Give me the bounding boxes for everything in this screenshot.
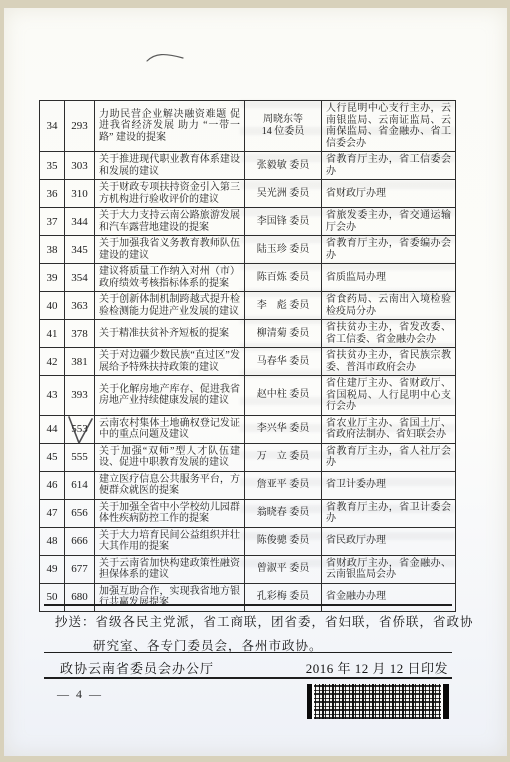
handling-unit: 省金融办办理: [322, 583, 456, 611]
case-number-text: 666: [71, 535, 88, 547]
case-title: 关于创新体制机制跨越式提升检验检测能力促进产业发展的建议: [95, 292, 245, 320]
proposer: 李兴华 委员: [245, 415, 322, 443]
proposer: 孔彩梅 委员: [245, 583, 322, 611]
case-title: 关于云南省加快构建政策性融资担保体系的建议: [95, 555, 245, 583]
case-number-text: 378: [71, 328, 88, 340]
case-number: 345: [65, 236, 95, 264]
page-number: — 4 —: [57, 687, 103, 702]
handling-unit: 省教育厅主办，省工信委会办: [322, 152, 456, 180]
case-title: 关于加强“双师”型人才队伍建设、促进中职教育发展的建议: [95, 443, 245, 471]
handling-unit: 省卫计委办理: [322, 471, 456, 499]
row-index: 38: [40, 236, 65, 264]
case-number: 393: [65, 376, 95, 416]
case-title: 云南农村集体土地确权登记发证中的重点问题及建议: [95, 415, 245, 443]
table-row: 36 310 关于财政专项扶持资金引入第三方机构进行验收评价的建议 吴光洲 委员…: [40, 180, 456, 208]
case-number-text: 310: [71, 188, 88, 200]
row-index: 50: [40, 583, 65, 611]
case-number-text: 363: [71, 300, 88, 312]
case-number-text: 345: [71, 244, 88, 256]
table-row: 45 555 关于加强“双师”型人才队伍建设、促进中职教育发展的建议 万 立 委…: [40, 443, 456, 471]
handling-unit: 人行昆明中心支行主办，云南银监局、云南证监局、云南保监局、省金融办、省工信委会办: [322, 101, 456, 152]
proposer: 陆玉珍 委员: [245, 236, 322, 264]
case-number: 378: [65, 320, 95, 348]
case-title: 加强互助合作，实现我省地方银行共赢发展提案: [95, 583, 245, 611]
case-title: 关于大力培育民间公益组织并壮大其作用的提案: [95, 527, 245, 555]
proposer: 赵中柱 委员: [245, 376, 322, 416]
handling-unit: 省食药局、云南出入境检验检疫局分办: [322, 292, 456, 320]
handling-unit: 省住建厅主办、省财政厅、省国税局、人行昆明中心支行会办: [322, 376, 456, 416]
table-row: 38 345 关于加强我省义务教育教师队伍建设的建议 陆玉珍 委员 省教育厅主办…: [40, 236, 456, 264]
case-number: 354: [65, 264, 95, 292]
row-index: 45: [40, 443, 65, 471]
handling-unit: 省质监局办理: [322, 264, 456, 292]
proposer: 周晓东等 14 位委员: [245, 101, 322, 152]
case-number-text: 555: [71, 451, 88, 463]
case-title: 关于精准扶贫补齐短板的提案: [95, 320, 245, 348]
2d-barcode-icon: [307, 684, 449, 719]
proposer: 詹亚平 委员: [245, 471, 322, 499]
table-row: 43 393 关于化解房地产库存、促进我省房地产业持续健康发展的建议 赵中柱 委…: [40, 376, 456, 416]
proposer: 吴光洲 委员: [245, 180, 322, 208]
handling-unit: 省教育厅主办，省人社厅会办: [322, 443, 456, 471]
case-number: 614: [65, 471, 95, 499]
row-index: 47: [40, 499, 65, 527]
proposer: 陈百炼 委员: [245, 264, 322, 292]
case-number-text: 680: [71, 591, 88, 603]
case-number: 310: [65, 180, 95, 208]
case-number: 555: [65, 443, 95, 471]
case-title: 关于大力支持云南公路旅游发展和汽车露营地建设的提案: [95, 208, 245, 236]
handwritten-stroke-icon: [145, 50, 187, 66]
table-row: 42 381 关于对边疆少数民族“直过区”发展给予特殊扶持政策的建议 马春华 委…: [40, 348, 456, 376]
proposer: 李国锋 委员: [245, 208, 322, 236]
table-row: 49 677 关于云南省加快构建政策性融资担保体系的建议 曾淑平 委员 省财政厅…: [40, 555, 456, 583]
case-number: 363: [65, 292, 95, 320]
case-number-text: 614: [71, 479, 88, 491]
handling-unit: 省教育厅主办，省委编办会办: [322, 236, 456, 264]
row-index: 37: [40, 208, 65, 236]
divider-top: [44, 604, 452, 606]
row-index: 48: [40, 527, 65, 555]
row-index: 46: [40, 471, 65, 499]
case-number: 677: [65, 555, 95, 583]
row-index: 49: [40, 555, 65, 583]
scanned-document: 34 293 力助民营企业解决融资难题 促进我省经济发展 助力 “一带一路” 建…: [0, 0, 510, 762]
row-index: 41: [40, 320, 65, 348]
table-row: 47 656 关于加强全省中小学校幼儿园群体性疾病防控工作的提案 翁晓春 委员 …: [40, 499, 456, 527]
case-number: 381: [65, 348, 95, 376]
case-title: 关于推进现代职业教育体系建设和发展的建议: [95, 152, 245, 180]
row-index: 34: [40, 101, 65, 152]
case-number-text: 293: [71, 120, 88, 132]
case-number: 344: [65, 208, 95, 236]
case-number: 293: [65, 101, 95, 152]
case-number-text: 656: [71, 507, 88, 519]
proposal-table-body: 34 293 力助民营企业解决融资难题 促进我省经济发展 助力 “一带一路” 建…: [40, 101, 456, 612]
case-title: 关于加强全省中小学校幼儿园群体性疾病防控工作的提案: [95, 499, 245, 527]
case-title: 力助民营企业解决融资难题 促进我省经济发展 助力 “一带一路” 建设的提案: [95, 101, 245, 152]
proposer: 翁晓春 委员: [245, 499, 322, 527]
row-index: 36: [40, 180, 65, 208]
case-number: 666: [65, 527, 95, 555]
proposer: 马春华 委员: [245, 348, 322, 376]
row-index: 44: [40, 415, 65, 443]
table-row: 41 378 关于精准扶贫补齐短板的提案 柳清菊 委员 省扶贫办主办，省发改委、…: [40, 320, 456, 348]
case-number-text: 344: [71, 216, 88, 228]
case-number-text: 354: [71, 272, 88, 284]
proposal-table: 34 293 力助民营企业解决融资难题 促进我省经济发展 助力 “一带一路” 建…: [39, 100, 456, 612]
table-row: 50 680 加强互助合作，实现我省地方银行共赢发展提案 孔彩梅 委员 省金融办…: [40, 583, 456, 611]
case-number: 303: [65, 152, 95, 180]
divider-middle: [44, 652, 452, 653]
proposer: 柳清菊 委员: [245, 320, 322, 348]
case-number-text: 303: [71, 160, 88, 172]
handling-unit: 省旅发委主办，省交通运输厅会办: [322, 208, 456, 236]
row-index: 43: [40, 376, 65, 416]
table-row: 46 614 建立医疗信息公共服务平台，方便群众就医的提案 詹亚平 委员 省卫计…: [40, 471, 456, 499]
table-row: 35 303 关于推进现代职业教育体系建设和发展的建议 张毅敏 委员 省教育厅主…: [40, 152, 456, 180]
case-title: 关于加强我省义务教育教师队伍建设的建议: [95, 236, 245, 264]
case-number-text: 553: [71, 423, 88, 435]
row-index: 39: [40, 264, 65, 292]
case-title: 建议将质量工作纳入对州（市）政府绩效考核指标体系的提案: [95, 264, 245, 292]
table-row: 37 344 关于大力支持云南公路旅游发展和汽车露营地建设的提案 李国锋 委员 …: [40, 208, 456, 236]
case-title: 关于对边疆少数民族“直过区”发展给予特殊扶持政策的建议: [95, 348, 245, 376]
table-row: 34 293 力助民营企业解决融资难题 促进我省经济发展 助力 “一带一路” 建…: [40, 101, 456, 152]
handling-unit: 省民政厅办理: [322, 527, 456, 555]
divider-bottom: [44, 677, 452, 679]
print-date: 2016 年 12 月 12 日印发: [306, 658, 448, 677]
proposer: 张毅敏 委员: [245, 152, 322, 180]
case-title: 关于财政专项扶持资金引入第三方机构进行验收评价的建议: [95, 180, 245, 208]
case-number-text: 393: [71, 389, 88, 401]
row-index: 40: [40, 292, 65, 320]
case-number-text: 677: [71, 563, 88, 575]
case-number: 656: [65, 499, 95, 527]
handling-unit: 省农业厅主办、省国土厅、省政府法制办、省妇联会办: [322, 415, 456, 443]
table-row: 44 553 云南农村集体土地确权登记发证中的重点问题及建议 李兴华 委员 省农…: [40, 415, 456, 443]
table-row: 39 354 建议将质量工作纳入对州（市）政府绩效考核指标体系的提案 陈百炼 委…: [40, 264, 456, 292]
case-number: 680: [65, 583, 95, 611]
handling-unit: 省财政厅主办，省金融办、云南银监局会办: [322, 555, 456, 583]
proposer: 陈俊骢 委员: [245, 527, 322, 555]
cc-list-line1: 抄送：省级各民主党派，省工商联，团省委，省妇联，省侨联，省政协: [55, 612, 474, 630]
case-number: 553: [65, 415, 95, 443]
proposer: 万 立 委员: [245, 443, 322, 471]
case-number-text: 381: [71, 356, 88, 368]
case-title: 关于化解房地产库存、促进我省房地产业持续健康发展的建议: [95, 376, 245, 416]
table-row: 48 666 关于大力培育民间公益组织并壮大其作用的提案 陈俊骢 委员 省民政厅…: [40, 527, 456, 555]
issuing-office: 政协云南省委员会办公厅: [60, 658, 214, 677]
row-index: 35: [40, 152, 65, 180]
handling-unit: 省扶贫办主办，省发改委、省工信委、省金融办会办: [322, 320, 456, 348]
case-title: 建立医疗信息公共服务平台，方便群众就医的提案: [95, 471, 245, 499]
proposer: 李 彪 委员: [245, 292, 322, 320]
handling-unit: 省财政厅办理: [322, 180, 456, 208]
table-row: 40 363 关于创新体制机制跨越式提升检验检测能力促进产业发展的建议 李 彪 …: [40, 292, 456, 320]
handling-unit: 省扶贫办主办，省民族宗教委、普洱市政府会办: [322, 348, 456, 376]
proposer: 曾淑平 委员: [245, 555, 322, 583]
handling-unit: 省教育厅主办，省卫计委会办: [322, 499, 456, 527]
row-index: 42: [40, 348, 65, 376]
